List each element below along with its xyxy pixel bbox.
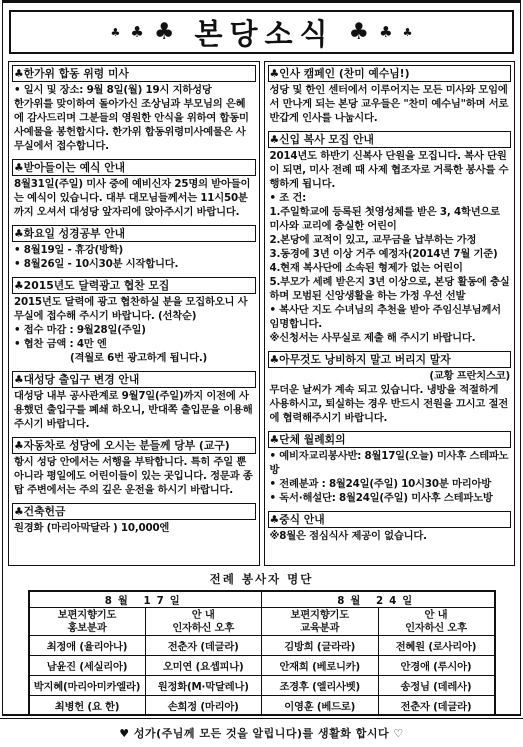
roster-role-header: 보편지향기도교육분과: [262, 608, 379, 636]
section-body: 2015년도 달력에 광고 협찬하실 분을 모집하오니 사무실에 접수해 주시기…: [12, 295, 256, 365]
section-text: • 예비자교리봉사반: 8월17일(오늘) 미사후 스테파노방: [270, 449, 511, 477]
section-text: 2014년도 하반기 신복사 단원을 모집니다. 복사 단원이 되면, 미사 전…: [270, 149, 511, 191]
roster-role-line: 인자하신 오후: [379, 622, 494, 635]
section-body: • 일시 및 장소: 9월 8일(월) 19시 지하성당한가위를 맞이하여 돌아…: [12, 83, 256, 153]
page-frame: ♣ ♣ ♣ 본당소식 ♣ ♣ ♣ ♣한가위 합동 위령 미사• 일시 및 장소:…: [2, 0, 521, 716]
section-text: • 독서·해설단: 8월24일(주일) 미사후 스테파노방: [270, 491, 511, 505]
roster-name-cell: 안재희 (베로니카): [262, 656, 379, 676]
roster-name-cell: 남윤진 (세실리아): [29, 656, 146, 676]
roster-role-header: 안 내인자하신 오후: [145, 608, 262, 636]
section-text: 2.본당에 교적이 있고, 교무금을 납부하는 가정: [270, 233, 511, 247]
roster-role-header: 안 내인자하신 오후: [378, 608, 495, 636]
section-text: 원경화 (마리아막달라 ) 10,000엔: [14, 521, 255, 535]
section-header: ♣중식 안내: [268, 511, 512, 528]
section-text: (교황 프란치스코): [270, 369, 511, 383]
notice-section: ♣자동차로 성당에 오시는 분들께 당부 (교구)항시 성당 안에서는 서행을 …: [12, 437, 256, 497]
section-text: 대성당 내부 공사관계로 9월7일(주일)까지 이전에 사용했던 출입구를 폐쇄…: [14, 389, 255, 431]
section-text: • 복사단 지도 수녀님의 추천을 받아 주임신부님께서 임명합니다.: [270, 303, 511, 331]
section-text: 4.현재 복사단에 소속된 형제가 없는 어린이: [270, 261, 511, 275]
club-icon: ♣: [349, 21, 370, 44]
roster-role-line: 홍보분과: [30, 622, 145, 635]
section-header: ♣한가위 합동 위령 미사: [12, 65, 256, 82]
liturgy-roster-table: 8월 17일8월 24일보편지향기도홍보분과안 내인자하신 오후보편지향기도교육…: [28, 590, 496, 716]
roster-name-cell: 이영훈 (베드로): [262, 696, 379, 716]
club-icon: ♣: [154, 21, 175, 44]
notice-section: ♣한가위 합동 위령 미사• 일시 및 장소: 9월 8일(월) 19시 지하성…: [12, 65, 256, 153]
footer-motto: ♥ 성가(주님께 모든 것을 알립니다)를 생활화 합시다 ♡: [0, 725, 523, 741]
section-text: • 8월19일 - 휴강(방학): [14, 243, 255, 257]
section-body: 항시 성당 안에서는 서행을 부탁합니다. 특히 주일 뿐 아니라 평일에도 어…: [12, 455, 256, 497]
section-header: ♣2015년도 달력광고 협찬 모집: [12, 277, 256, 294]
roster-role-line: 보편지향기도: [30, 609, 145, 622]
club-icon: ♣: [130, 25, 143, 40]
roster-name-cell: 송정님 (데레사): [378, 676, 495, 696]
notice-section: ♣아무것도 낭비하지 말고 버리지 말자(교황 프란치스코)무더운 날씨가 계속…: [268, 351, 512, 425]
section-header: ♣받아들이는 예식 안내: [12, 159, 256, 176]
roster-role-row: 보편지향기도홍보분과안 내인자하신 오후보편지향기도교육분과안 내인자하신 오후: [29, 608, 495, 636]
section-text: 5.부모가 세례 받은지 3년 이상으로, 본당 활동에 충실하며 모범된 신앙…: [270, 275, 511, 303]
roster-role-header: 보편지향기도홍보분과: [29, 608, 146, 636]
section-body: 2014년도 하반기 신복사 단원을 모집니다. 복사 단원이 되면, 미사 전…: [268, 149, 512, 345]
notice-section: ♣건축헌금원경화 (마리아막달라 ) 10,000엔: [12, 503, 256, 535]
section-text: • 접수 마감 : 9월28일(주일): [14, 323, 255, 337]
roster-name-cell: 오미연 (요셉피나): [145, 656, 262, 676]
section-body: 대성당 내부 공사관계로 9월7일(주일)까지 이전에 사용했던 출입구를 폐쇄…: [12, 389, 256, 431]
section-header: ♣자동차로 성당에 오시는 분들께 당부 (교구): [12, 437, 256, 454]
masthead: ♣ ♣ ♣ 본당소식 ♣ ♣ ♣: [9, 10, 514, 54]
roster-role-line: 안 내: [379, 609, 494, 622]
notice-section: ♣받아들이는 예식 안내8월31일(주일) 미사 중에 예비신자 25명의 받아…: [12, 159, 256, 219]
section-header: ♣대성당 출입구 변경 안내: [12, 371, 256, 388]
section-text: 항시 성당 안에서는 서행을 부탁합니다. 특히 주일 뿐 아니라 평일에도 어…: [14, 455, 255, 497]
bulletin-page: ♣ ♣ ♣ 본당소식 ♣ ♣ ♣ ♣한가위 합동 위령 미사• 일시 및 장소:…: [0, 0, 523, 747]
roster-row: 최정애 (율리아나)전춘자 (데글라)김방희 (글라라)전혜원 (로사리아): [29, 636, 495, 656]
section-body: 성당 및 한인 센터에서 이루어지는 모든 미사와 모임에서 만나게 되는 본당…: [268, 83, 512, 125]
section-text: • 조 건:: [270, 191, 511, 205]
section-text: 8월31일(주일) 미사 중에 예비신자 25명의 받아들이는 예식이 있습니다…: [14, 177, 255, 219]
roster-role-line: 보편지향기도: [262, 609, 378, 622]
roster-name-cell: 최정애 (율리아나): [29, 636, 146, 656]
roster-title: 전례 봉사자 명단: [7, 571, 516, 587]
section-header: ♣인사 캠페인 (찬미 예수님!): [268, 65, 512, 82]
section-text: • 일시 및 장소: 9월 8일(월) 19시 지하성당: [14, 83, 255, 97]
roster-row: 박지혜(마리아미카엘라)원정화(M·막달레나)조경후 (엘리사벳)송정님 (데레…: [29, 676, 495, 696]
section-text: • 전례분과 : 8월24일(주일) 10시30분 마리아방: [270, 477, 511, 491]
section-body: 원경화 (마리아막달라 ) 10,000엔: [12, 521, 256, 535]
club-icon: ♣: [111, 27, 121, 38]
notice-columns: ♣한가위 합동 위령 미사• 일시 및 장소: 9월 8일(월) 19시 지하성…: [8, 61, 515, 566]
roster-name-cell: 안경애 (루시아): [378, 656, 495, 676]
roster-name-cell: 조경후 (엘리사벳): [262, 676, 379, 696]
notice-section: ♣단체 월례회의• 예비자교리봉사반: 8월17일(오늘) 미사후 스테파노방•…: [268, 431, 512, 505]
roster-name-cell: 원정화(M·막달레나): [145, 676, 262, 696]
section-text: ※신청서는 사무실로 제출 해 주시기 바랍니다.: [270, 331, 511, 345]
roster-row: 남윤진 (세실리아)오미연 (요셉피나)안재희 (베로니카)안경애 (루시아): [29, 656, 495, 676]
section-text: • 협찬 금액 : 4만 엔: [14, 337, 255, 351]
section-text: (격월로 6번 광고하게 됩니다.): [14, 351, 255, 365]
section-body: ※8월은 점심식사 제공이 없습니다.: [268, 529, 512, 543]
roster-role-line: 인자하신 오후: [146, 622, 262, 635]
footer-divider: [0, 718, 523, 719]
section-header: ♣건축헌금: [12, 503, 256, 520]
section-header: ♣단체 월례회의: [268, 431, 512, 448]
section-body: 8월31일(주일) 미사 중에 예비신자 25명의 받아들이는 예식이 있습니다…: [12, 177, 256, 219]
roster-name-cell: 최병헌 (요 한): [29, 696, 146, 716]
roster-date-row: 8월 17일8월 24일: [29, 591, 495, 608]
section-body: • 예비자교리봉사반: 8월17일(오늘) 미사후 스테파노방• 전례분과 : …: [268, 449, 512, 505]
roster-name-cell: 전춘자 (데글라): [378, 696, 495, 716]
section-text: 1.주일학교에 등록된 첫영성체를 받은 3, 4학년으로 미사와 교리에 충실…: [270, 205, 511, 233]
notice-section: ♣대성당 출입구 변경 안내대성당 내부 공사관계로 9월7일(주일)까지 이전…: [12, 371, 256, 431]
section-body: (교황 프란치스코)무더운 날씨가 계속 되고 있습니다. 냉방을 적절하게 사…: [268, 369, 512, 425]
roster-name-cell: 전춘자 (데글라): [145, 636, 262, 656]
club-icon: ♣: [379, 25, 392, 40]
section-text: 무더운 날씨가 계속 되고 있습니다. 냉방을 적절하게 사용하시고, 퇴실하는…: [270, 383, 511, 425]
roster-name-cell: 김방희 (글라라): [262, 636, 379, 656]
roster-date-header: 8월 24일: [262, 591, 495, 608]
section-text: 성당 및 한인 센터에서 이루어지는 모든 미사와 모임에서 만나게 되는 본당…: [270, 83, 511, 125]
roster-name-cell: 손희정 (마리아): [145, 696, 262, 716]
section-text: ※8월은 점심식사 제공이 없습니다.: [270, 529, 511, 543]
roster-role-line: 안 내: [146, 609, 262, 622]
page-title: 본당소식: [184, 12, 338, 53]
right-column: ♣인사 캠페인 (찬미 예수님!)성당 및 한인 센터에서 이루어지는 모든 미…: [264, 61, 516, 566]
notice-section: ♣인사 캠페인 (찬미 예수님!)성당 및 한인 센터에서 이루어지는 모든 미…: [268, 65, 512, 125]
notice-section: ♣중식 안내※8월은 점심식사 제공이 없습니다.: [268, 511, 512, 543]
roster-name-cell: 박지혜(마리아미카엘라): [29, 676, 146, 696]
section-body: • 8월19일 - 휴강(방학)• 8월26일 - 10시30분 시작합니다.: [12, 243, 256, 271]
notice-section: ♣2015년도 달력광고 협찬 모집2015년도 달력에 광고 협찬하실 분을 …: [12, 277, 256, 365]
section-text: 2015년도 달력에 광고 협찬하실 분을 모집하오니 사무실에 접수해 주시기…: [14, 295, 255, 323]
section-header: ♣아무것도 낭비하지 말고 버리지 말자: [268, 351, 512, 368]
notice-section: ♣신입 복사 모집 안내2014년도 하반기 신복사 단원을 모집니다. 복사 …: [268, 131, 512, 345]
left-column: ♣한가위 합동 위령 미사• 일시 및 장소: 9월 8일(월) 19시 지하성…: [8, 61, 260, 566]
club-icon: ♣: [403, 27, 413, 38]
section-header: ♣화요일 성경공부 안내: [12, 225, 256, 242]
section-header: ♣신입 복사 모집 안내: [268, 131, 512, 148]
section-text: • 8월26일 - 10시30분 시작합니다.: [14, 257, 255, 271]
section-text: 3.동경에 3년 이상 거주 예정자(2014년 7월 기준): [270, 247, 511, 261]
roster-name-cell: 전혜원 (로사리아): [378, 636, 495, 656]
roster-row: 최병헌 (요 한)손희정 (마리아)이영훈 (베드로)전춘자 (데글라): [29, 696, 495, 716]
notice-section: ♣화요일 성경공부 안내• 8월19일 - 휴강(방학)• 8월26일 - 10…: [12, 225, 256, 271]
section-text: 한가위를 맞이하여 돌아가신 조상님과 부모님의 은혜에 감사드리며 그분들의 …: [14, 97, 255, 153]
roster-date-header: 8월 17일: [29, 591, 262, 608]
roster-role-line: 교육분과: [262, 622, 378, 635]
